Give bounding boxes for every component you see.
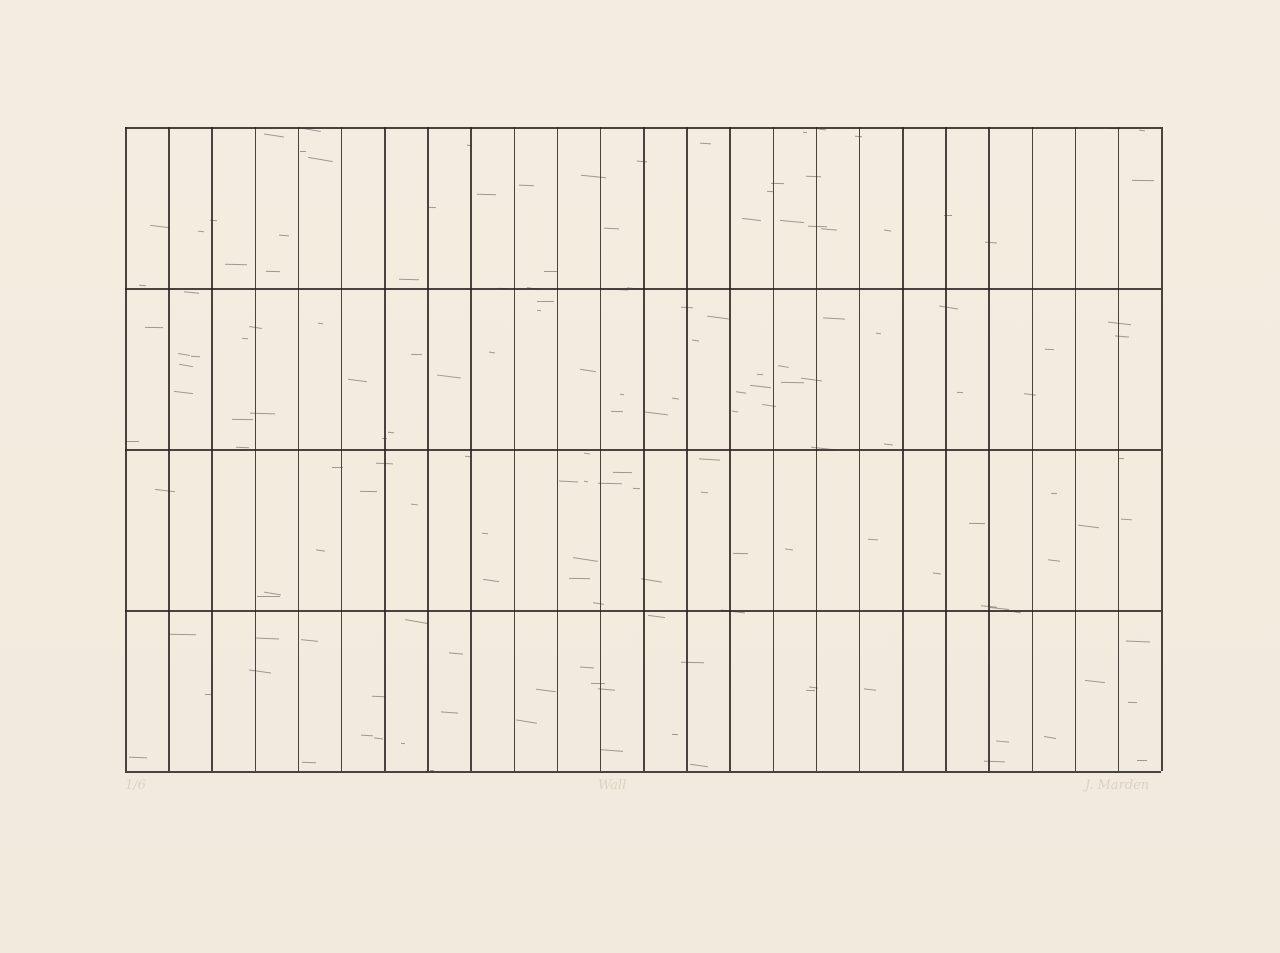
etching-scratch (580, 666, 594, 668)
etching-scratch (806, 690, 815, 691)
etching-scratch (489, 352, 495, 354)
etching-scratch (604, 227, 619, 229)
etching-scratch (1139, 130, 1145, 132)
etching-scratch (302, 761, 316, 763)
etching-scratch (648, 614, 665, 617)
grid-horizontal-line (125, 127, 1161, 129)
etching-scratch (821, 228, 837, 230)
etching-scratch (584, 481, 588, 483)
grid-vertical-line (1161, 127, 1163, 771)
etching-scratch (593, 602, 604, 605)
etching-scratch (279, 234, 289, 236)
etching-scratch (707, 316, 729, 320)
etching-scratch (672, 734, 678, 735)
etching-scratch (411, 504, 418, 506)
etching-scratch (360, 491, 377, 492)
etching-scratch (1126, 641, 1150, 643)
etching-scratch (584, 453, 590, 455)
etching-scratch (939, 305, 958, 309)
etching-scratch (762, 404, 776, 407)
etching-scratch (155, 489, 174, 492)
grid-horizontal-line (125, 449, 1161, 451)
etching-scratch (581, 174, 606, 177)
etching-scratch (1121, 519, 1132, 521)
etching-scratch (537, 310, 541, 311)
etching-scratch (1078, 524, 1099, 528)
etching-scratch (1115, 336, 1129, 338)
etching-scratch (232, 419, 253, 420)
etching-scratch (315, 550, 324, 552)
etching-scratch (1128, 702, 1137, 703)
etching-scratch (1085, 680, 1105, 683)
etching-scratch (809, 686, 818, 688)
etching-scratch (374, 737, 383, 739)
etching-scratch (803, 132, 807, 133)
etching-scratch (757, 374, 763, 375)
etching-scratch (1108, 321, 1131, 325)
etching-scratch (437, 374, 461, 378)
etching-scratch (681, 306, 693, 307)
etching-scratch (191, 356, 200, 357)
etching-scratch (607, 288, 628, 290)
etching-scratch (984, 761, 1005, 763)
etching-scratch (613, 472, 632, 473)
etching-scratch (864, 688, 876, 690)
etching-scratch (956, 392, 962, 393)
etching-scratch (600, 749, 623, 752)
etching-scratch (780, 220, 804, 223)
etching-scratch (569, 578, 590, 579)
etching-scratch (573, 557, 598, 562)
etching-scratch (1045, 349, 1054, 350)
etching-scratch (388, 432, 394, 434)
etching-scratch (736, 391, 746, 393)
etching-scratch (382, 438, 387, 439)
paper-sheet: 1/6 Wall J. Marden (0, 0, 1280, 953)
etching-scratch (876, 333, 881, 334)
etching-scratch (637, 160, 647, 162)
etching-scratch (969, 523, 985, 524)
etching-scratch (429, 207, 436, 208)
etching-scratch (611, 411, 623, 412)
etching-scratch (1132, 180, 1154, 181)
etching-scratch (985, 241, 997, 243)
etching-scratch (944, 215, 952, 216)
etching-scratch (591, 683, 605, 684)
etching-scratch (1137, 760, 1147, 761)
etching-scratch (264, 134, 284, 138)
etching-scratch (544, 271, 557, 272)
etching-scratch (1051, 493, 1057, 494)
etching-scratch (771, 182, 784, 183)
etching-scratch (750, 385, 771, 388)
etching-scratch (318, 323, 323, 324)
etching-scratch (699, 458, 720, 460)
etching-scratch (1048, 559, 1060, 562)
etching-scratch (301, 639, 318, 642)
etching-scratch (236, 446, 249, 448)
etching-scratch (332, 467, 343, 468)
etching-scratch (411, 354, 422, 355)
etching-scratch (174, 391, 193, 394)
etching-scratch (620, 394, 624, 396)
etching-scratch (255, 637, 279, 639)
etching-scratch (519, 185, 534, 187)
etching-scratch (690, 763, 708, 767)
etching-scratch (441, 711, 458, 713)
etching-scratch (537, 301, 554, 302)
etching-scratch (150, 225, 170, 228)
artwork-title: Wall (598, 778, 626, 793)
etching-scratch (645, 411, 668, 415)
etching-scratch (806, 176, 821, 178)
etched-grid (125, 127, 1161, 771)
etching-scratch (249, 670, 271, 674)
etching-scratch (672, 398, 679, 400)
etching-scratch (483, 579, 499, 582)
etching-scratch (125, 441, 139, 442)
etching-scratch (257, 596, 280, 597)
etching-scratch (198, 231, 204, 233)
etching-scratch (742, 218, 761, 221)
etching-scratch (129, 757, 147, 759)
etching-scratch (467, 144, 472, 146)
etching-scratch (699, 142, 710, 144)
etching-scratch (170, 634, 196, 636)
etching-scratch (732, 411, 738, 413)
etching-scratch (884, 443, 893, 445)
etching-scratch (449, 652, 463, 654)
etching-scratch (465, 455, 471, 457)
etching-scratch (692, 339, 699, 341)
etching-scratch (778, 365, 789, 368)
etching-scratch (818, 128, 827, 130)
etching-scratch (430, 770, 434, 771)
etching-scratch (536, 689, 556, 692)
etching-scratch (225, 263, 247, 265)
etching-scratch (242, 338, 248, 339)
etching-scratch (823, 317, 845, 319)
etching-scratch (184, 292, 199, 294)
etching-scratch (401, 743, 405, 744)
etching-scratch (178, 353, 190, 356)
etching-scratch (308, 157, 332, 162)
etching-scratch (701, 492, 708, 493)
etching-scratch (516, 719, 536, 723)
etching-scratch (210, 219, 217, 220)
etching-scratch (801, 378, 821, 382)
etching-scratch (868, 538, 878, 540)
etching-scratch (205, 694, 211, 695)
artist-signature: J. Marden (1085, 778, 1149, 793)
edition-number: 1/6 (125, 778, 146, 793)
grid-horizontal-line (125, 771, 1161, 773)
etching-scratch (767, 191, 773, 192)
etching-scratch (681, 662, 704, 664)
etching-scratch (179, 363, 193, 366)
etching-scratch (348, 379, 367, 382)
etching-scratch (1109, 128, 1120, 130)
etching-scratch (781, 382, 804, 383)
etching-scratch (361, 735, 373, 737)
etching-scratch (785, 548, 793, 550)
etching-scratch (1024, 393, 1036, 396)
etching-scratch (145, 326, 163, 327)
etching-scratch (300, 151, 306, 152)
etching-scratch (477, 194, 496, 196)
etching-scratch (884, 230, 891, 232)
etching-scratch (933, 573, 941, 575)
etching-scratch (405, 619, 428, 624)
etching-scratch (733, 553, 748, 554)
etching-scratch (482, 533, 488, 534)
etching-scratch (580, 369, 596, 372)
etching-scratch (139, 285, 146, 286)
grid-horizontal-line (125, 288, 1161, 290)
etching-scratch (996, 741, 1009, 743)
etching-scratch (1044, 736, 1056, 739)
etching-scratch (633, 488, 640, 489)
etching-scratch (559, 481, 578, 483)
etching-scratch (399, 279, 419, 280)
etching-scratch (1119, 458, 1124, 459)
etching-scratch (266, 271, 280, 272)
